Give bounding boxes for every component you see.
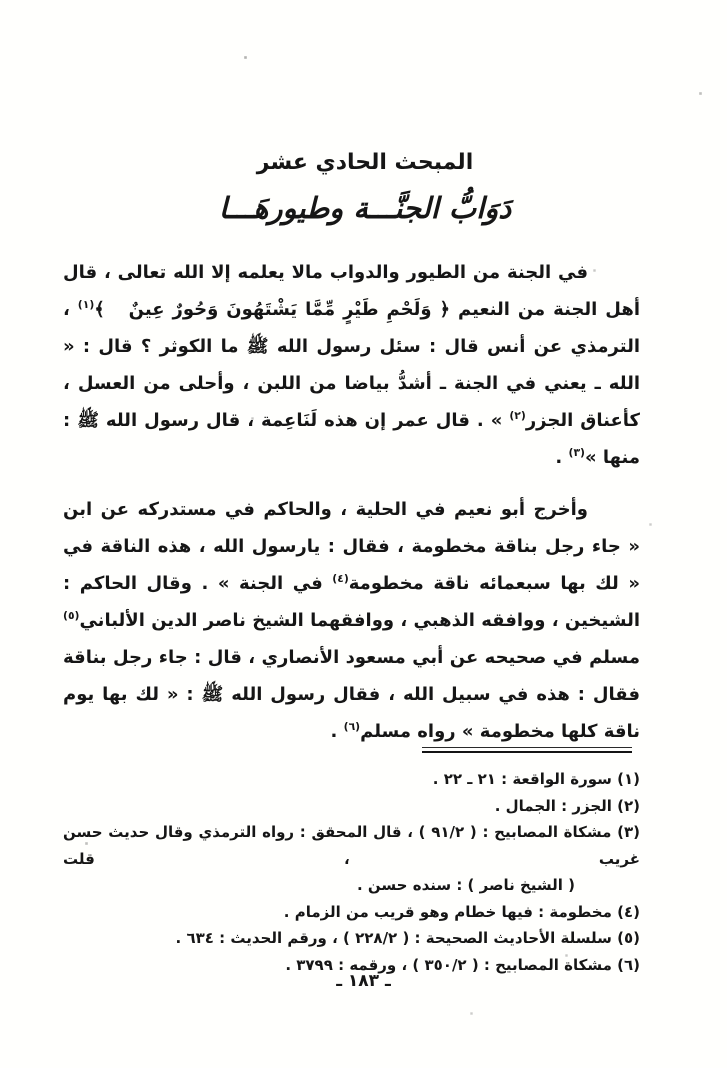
paragraph-line: فقال : هذه في سبيل الله ، فقال رسول الله…	[63, 676, 640, 713]
footnote-separator-thin-rule	[422, 747, 632, 748]
footnotes: (١) سورة الواقعة : ٢١ ـ ٢٢ . (٢) الجزر :…	[63, 766, 640, 978]
section-subtitle: دَوَابُّ الجنَّـــة وطيورهَـــا	[90, 191, 640, 225]
paragraph-line: « لك بها سبعمائه ناقة مخطومة(٤) في الجنة…	[63, 565, 640, 602]
paragraph-line: في الجنة من الطيور والدواب مالا يعلمه إل…	[63, 254, 640, 291]
page-number: ـ ١٨٣ ـ	[0, 971, 727, 991]
paragraph-line: ناقة كلها مخطومة » رواه مسلم(٦) .	[63, 713, 640, 750]
paragraph-line: كأعناق الجزر(٢) » . قال عمر إن هذه لَنَا…	[63, 402, 640, 439]
paragraph-line: « جاء رجل بناقة مخطومة ، فقال : يارسول ا…	[63, 528, 640, 565]
footnote-item: (٢) الجزر : الجمال .	[63, 793, 640, 820]
footnote-item-continuation: ( الشيخ ناصر ) : سنده حسن .	[63, 872, 640, 899]
footnote-item: (١) سورة الواقعة : ٢١ ـ ٢٢ .	[63, 766, 640, 793]
book-page: المبحث الحادي عشر دَوَابُّ الجنَّـــة وط…	[0, 0, 727, 1068]
paragraph-line: مسلم في صحيحه عن أبي مسعود الأنصاري ، قا…	[63, 639, 640, 676]
paragraph-line: الترمذي عن أنس قال : سئل رسول الله ﷺ ما …	[63, 328, 640, 365]
paragraph-line: أهل الجنة من النعيم ﴿ وَلَحْمِ طَيْرٍ مِ…	[63, 291, 640, 328]
footnote-item: (٤) مخطومة : فيها خطام وهو قريب من الزما…	[63, 899, 640, 926]
footnote-item: (٥) سلسلة الأحاديث الصحيحة : ( ٢٢٨/٢ ) ،…	[63, 925, 640, 952]
footnote-item: (٣) مشكاة المصابيح : ( ٩١/٢ ) ، قال المح…	[63, 819, 640, 872]
paragraph-2: وأخرج أبو نعيم في الحلية ، والحاكم في مس…	[63, 491, 640, 750]
paragraph-line: منها »(٣) .	[63, 439, 640, 476]
footnote-separator	[422, 747, 632, 753]
scan-noise	[0, 0, 1, 1]
paragraph-line: وأخرج أبو نعيم في الحلية ، والحاكم في مس…	[63, 491, 640, 528]
page-title: المبحث الحادي عشر	[90, 150, 640, 175]
paragraph-line: الله ـ يعني في الجنة ـ أشدُّ بياضا من ال…	[63, 365, 640, 402]
paragraph-line: الشيخين ، ووافقه الذهبي ، ووافقهما الشيخ…	[63, 602, 640, 639]
footnote-separator-thick-rule	[422, 751, 632, 753]
paragraph-1: في الجنة من الطيور والدواب مالا يعلمه إل…	[63, 254, 640, 476]
